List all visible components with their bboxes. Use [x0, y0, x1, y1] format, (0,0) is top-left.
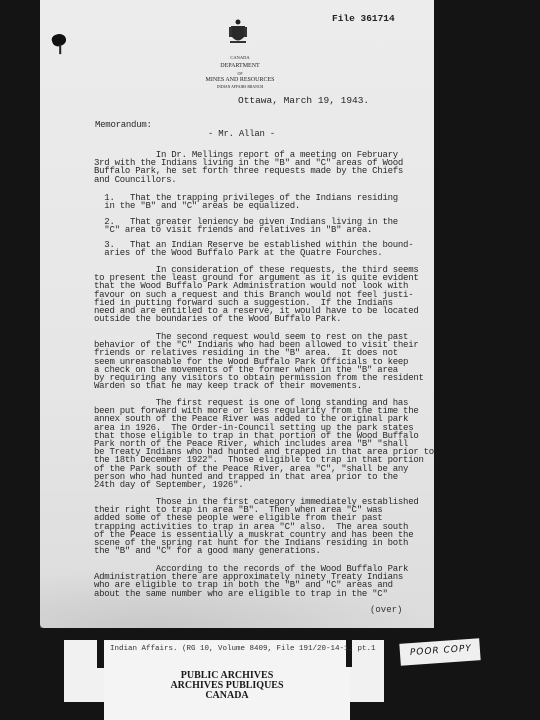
request-3: 3. That an Indian Reserve be established… [94, 241, 434, 257]
paragraph-categories: Those in the first category immediately … [94, 498, 434, 555]
poor-copy-label: POOR COPY [410, 644, 473, 658]
paragraph-intro: In Dr. Mellings report of a meeting on F… [94, 151, 434, 184]
paragraph-second-request: The second request would seem to rest on… [94, 333, 434, 390]
letterhead-branch: INDIAN AFFAIRS BRANCH [194, 85, 286, 89]
archive-citation: Indian Affairs. (RG 10, Volume 8409, Fil… [110, 645, 376, 653]
request-2: 2. That greater leniency be given Indian… [94, 218, 434, 234]
addressee: - Mr. Allan - [208, 130, 540, 138]
over-note: (over) [370, 605, 402, 615]
dateline: Ottawa, March 19, 1943. [238, 95, 369, 106]
archive-line-3: CANADA [104, 691, 350, 701]
letterhead-ministry: MINES AND RESOURCES [194, 77, 286, 83]
memo-label: Memorandum: [95, 121, 435, 129]
letterhead-country: CANADA [194, 55, 286, 60]
paragraph-third-request: In consideration of these requests, the … [94, 266, 434, 323]
poor-copy-tag: POOR COPY [399, 638, 480, 666]
letterhead-department: DEPARTMENT [194, 63, 286, 69]
coat-of-arms-icon [228, 19, 248, 45]
card-notch-left [97, 640, 104, 668]
paragraph-first-request: The first request is one of long standin… [94, 399, 434, 489]
paragraph-records: According to the records of the Wood Buf… [94, 565, 434, 598]
request-1: 1. That the trapping privileges of the I… [94, 194, 434, 210]
letterhead-of: OF [194, 71, 286, 76]
file-number: File 361714 [332, 13, 395, 24]
